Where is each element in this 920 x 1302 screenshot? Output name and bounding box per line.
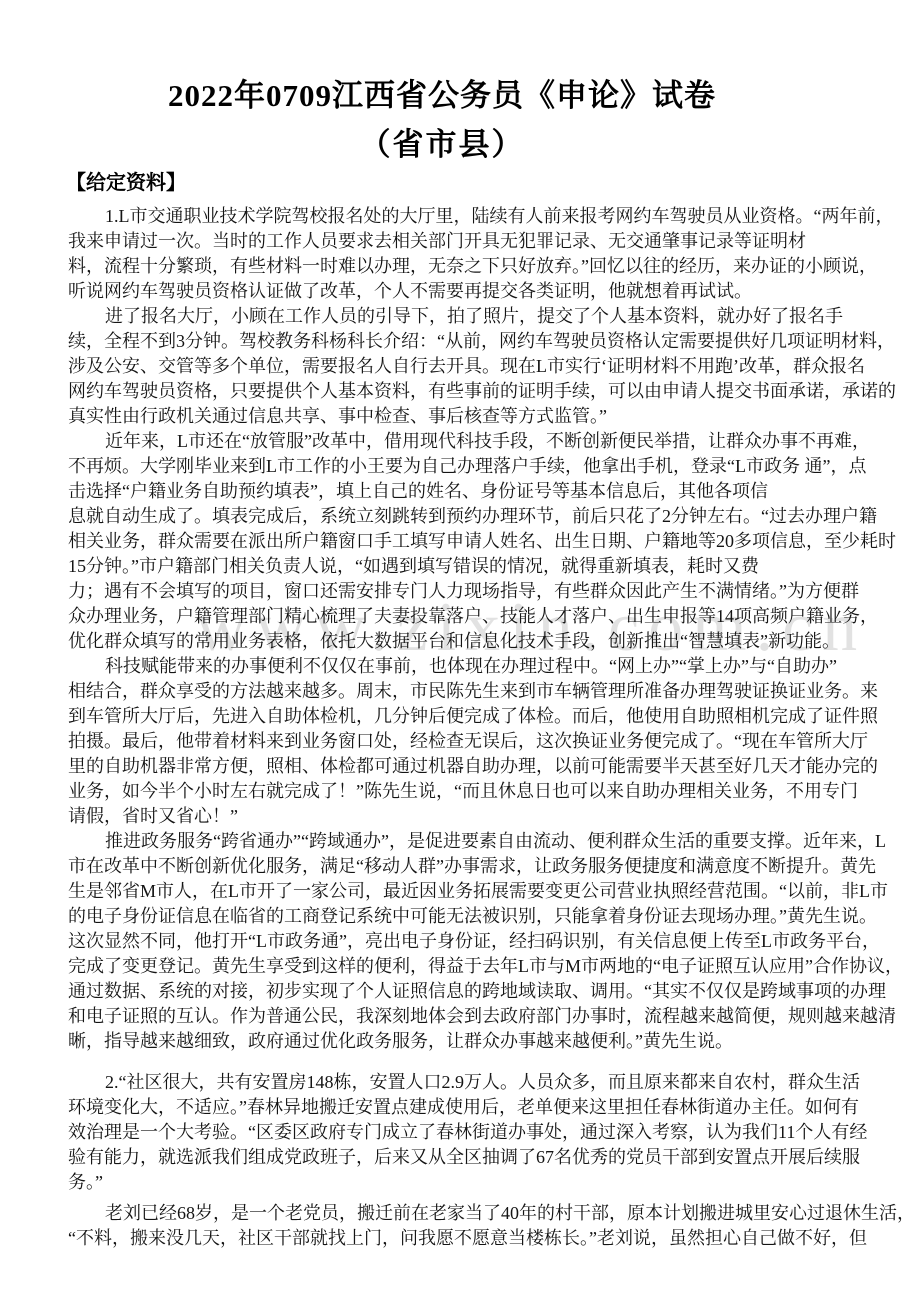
document-title: 2022年0709江西省公务员《申论》试卷 xyxy=(0,70,884,115)
document-body: 1.L市交通职业技术学院驾校报名处的大厅里，陆续有人前来报考网约车驾驶员从业资格… xyxy=(68,204,868,1251)
document-subtitle: （省市县） xyxy=(0,119,884,164)
text-line: 老刘已经68岁，是一个老党员，搬迁前在老家当了40年的村干部，原本计划搬进城里安… xyxy=(68,1201,868,1226)
text-line: 效治理是一个大考验。“区委区政府专门成立了春林街道办事处，通过深入考察，认为我们… xyxy=(68,1120,868,1145)
text-line: 环境变化大，不适应。”春林异地搬迁安置点建成使用后，老单便来这里担任春林街道办主… xyxy=(68,1095,868,1120)
text-line: 力；遇有不会填写的项目，窗口还需安排专门人力现场指导，有些群众因此产生不满情绪。… xyxy=(68,579,868,604)
text-line: “不料，搬来没几天，社区干部就找上门，问我愿不愿意当楼栋长。”老刘说，虽然担心自… xyxy=(68,1226,868,1251)
text-line: 续，全程不到3分钟。驾校教务科杨科长介绍：“从前，网约车驾驶员资格认定需要提供好… xyxy=(68,329,868,354)
paragraph: 老刘已经68岁，是一个老党员，搬迁前在老家当了40年的村干部，原本计划搬进城里安… xyxy=(68,1201,868,1251)
text-line: 到车管所大厅后，先进入自助体检机，几分钟后便完成了体检。而后，他使用自助照相机完… xyxy=(68,704,868,729)
text-line: 验有能力，就选派我们组成党政班子，后来又从全区抽调了67名优秀的党员干部到安置点… xyxy=(68,1145,868,1170)
text-line: 晰，指导越来越细致，政府通过优化政务服务，让群众办事越来越便利。”黄先生说。 xyxy=(68,1029,868,1054)
text-line: 优化群众填写的常用业务表格，依托大数据平台和信息化技术手段，创新推出“智慧填表”… xyxy=(68,629,868,654)
text-line: 的电子身份证信息在临省的工商登记系统中可能无法被识别，只能拿着身份证去现场办理。… xyxy=(68,904,868,929)
text-line: 近年来，L市还在“放管服”改革中，借用现代科技手段，不断创新便民举措，让群众办事… xyxy=(68,429,868,454)
section-header: 【给定资料】 xyxy=(66,166,186,195)
text-line: 众办理业务，户籍管理部门精心梳理了夫妻投靠落户、技能人才落户、出生申报等14项高… xyxy=(68,604,868,629)
text-line: 通过数据、系统的对接，初步实现了个人证照信息的跨地域读取、调用。“其实不仅仅是跨… xyxy=(68,979,868,1004)
text-line: 1.L市交通职业技术学院驾校报名处的大厅里，陆续有人前来报考网约车驾驶员从业资格… xyxy=(68,204,868,229)
text-line: 拍摄。最后，他带着材料来到业务窗口处，经检查无误后，这次换证业务便完成了。“现在… xyxy=(68,729,868,754)
text-line: 不再烦。大学刚毕业来到L市工作的小王要为自己办理落户手续，他拿出手机，登录“L市… xyxy=(68,454,868,479)
paragraph: 进了报名大厅，小顾在工作人员的引导下，拍了照片，提交了个人基本资料，就办好了报名… xyxy=(68,304,868,429)
text-line: 击选择“户籍业务自助预约填表”，填上自己的姓名、身份证号等基本信息后，其他各项信 xyxy=(68,479,868,504)
text-line: 15分钟。”市户籍部门相关负责人说，“如遇到填写错误的情况，就得重新填表，耗时又… xyxy=(68,554,868,579)
paragraph: 2.“社区很大，共有安置房148栋，安置人口2.9万人。人员众多，而且原来都来自… xyxy=(68,1070,868,1195)
text-line: 料，流程十分繁琐，有些材料一时难以办理，无奈之下只好放弃。”回忆以往的经历，来办… xyxy=(68,254,868,279)
text-line: 我来申请过一次。当时的工作人员要求去相关部门开具无犯罪记录、无交通肇事记录等证明… xyxy=(68,229,868,254)
text-line: 务。” xyxy=(68,1170,868,1195)
text-line: 息就自动生成了。填表完成后，系统立刻跳转到预约办理环节，前后只花了2分钟左右。“… xyxy=(68,504,868,529)
text-line: 生是邻省M市人，在L市开了一家公司，最近因业务拓展需要变更公司营业执照经营范围。… xyxy=(68,879,868,904)
text-line: 涉及公安、交管等多个单位，需要报名人自行去开具。现在L市实行‘证明材料不用跑’改… xyxy=(68,354,868,379)
paragraph: 科技赋能带来的办事便利不仅仅在事前，也体现在办理过程中。“网上办”“掌上办”与“… xyxy=(68,654,868,829)
paragraph: 1.L市交通职业技术学院驾校报名处的大厅里，陆续有人前来报考网约车驾驶员从业资格… xyxy=(68,204,868,304)
text-line: 市在改革中不断创新优化服务，满足“移动人群”办事需求，让政务服务便捷度和满意度不… xyxy=(68,854,868,879)
text-line: 科技赋能带来的办事便利不仅仅在事前，也体现在办理过程中。“网上办”“掌上办”与“… xyxy=(68,654,868,679)
text-line: 2.“社区很大，共有安置房148栋，安置人口2.9万人。人员众多，而且原来都来自… xyxy=(68,1070,868,1095)
text-line: 真实性由行政机关通过信息共享、事中检查、事后核查等方式监管。” xyxy=(68,404,868,429)
paragraph: 近年来，L市还在“放管服”改革中，借用现代科技手段，不断创新便民举措，让群众办事… xyxy=(68,429,868,654)
text-line: 相结合，群众享受的方法越来越多。周末，市民陈先生来到市车辆管理所准备办理驾驶证换… xyxy=(68,679,868,704)
text-line: 进了报名大厅，小顾在工作人员的引导下，拍了照片，提交了个人基本资料，就办好了报名… xyxy=(68,304,868,329)
paragraph: 推进政务服务“跨省通办”“跨域通办”，是促进要素自由流动、便利群众生活的重要支撑… xyxy=(68,829,868,1054)
document-page: www.zixin.com.cn 2022年0709江西省公务员《申论》试卷 （… xyxy=(0,0,920,1302)
text-line: 和电子证照的互认。作为普通公民，我深刻地体会到去政府部门办事时，流程越来越简便，… xyxy=(68,1004,868,1029)
text-line: 请假，省时又省心！” xyxy=(68,804,868,829)
text-line: 相关业务，群众需要在派出所户籍窗口手工填写申请人姓名、出生日期、户籍地等20多项… xyxy=(68,529,868,554)
text-line: 网约车驾驶员资格，只要提供个人基本资料，有些事前的证明手续，可以由申请人提交书面… xyxy=(68,379,868,404)
text-line: 里的自助机器非常方便，照相、体检都可通过机器自助办理，以前可能需要半天甚至好几天… xyxy=(68,754,868,779)
text-line: 完成了变更登记。黄先生享受到这样的便利，得益于去年L市与M市两地的“电子证照互认… xyxy=(68,954,868,979)
text-line: 推进政务服务“跨省通办”“跨域通办”，是促进要素自由流动、便利群众生活的重要支撑… xyxy=(68,829,868,854)
text-line: 业务，如今半个小时左右就完成了！”陈先生说，“而且休息日也可以来自助办理相关业务… xyxy=(68,779,868,804)
text-line: 听说网约车驾驶员资格认证做了改革，个人不需要再提交各类证明，他就想着再试试。 xyxy=(68,279,868,304)
text-line: 这次显然不同，他打开“L市政务通”，亮出电子身份证，经扫码识别，有关信息便上传至… xyxy=(68,929,868,954)
